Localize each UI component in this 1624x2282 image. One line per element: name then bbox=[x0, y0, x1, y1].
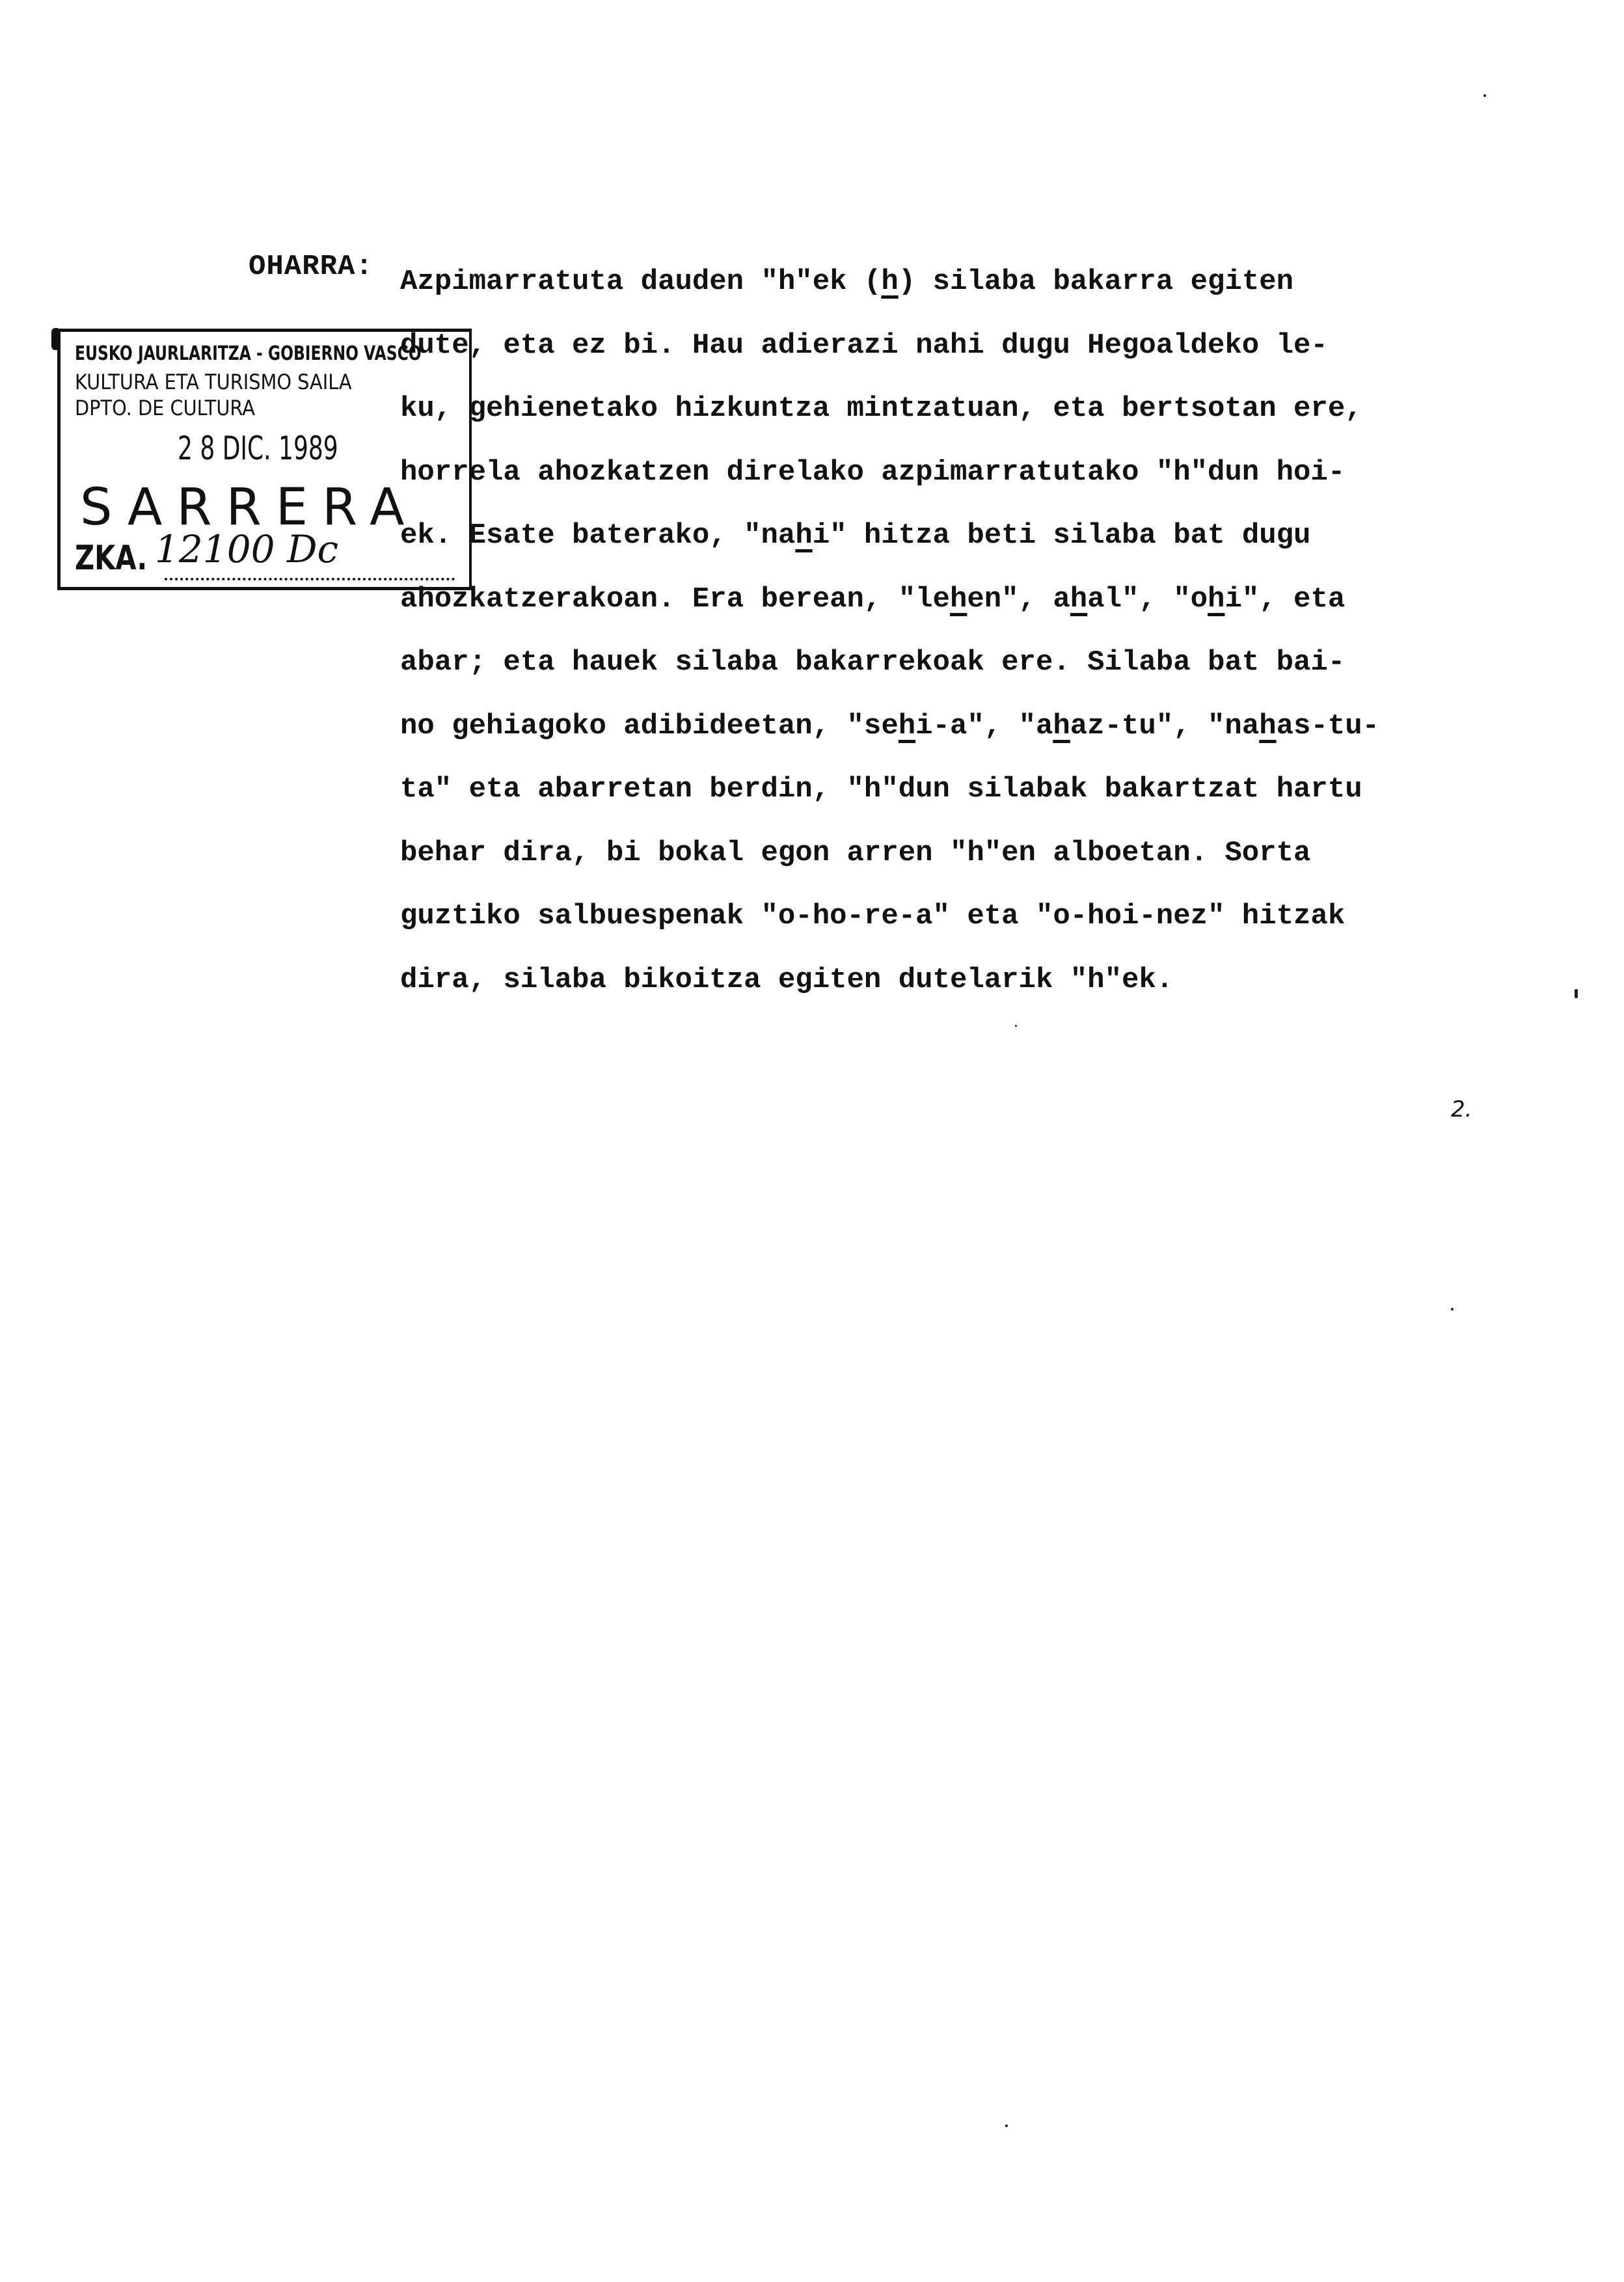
text-run: dute, eta ez bi. Hau adierazi nahi dugu … bbox=[400, 329, 1328, 362]
text-run: en", a bbox=[967, 583, 1070, 616]
page-number-mark: 2. bbox=[1451, 1096, 1472, 1122]
text-line: ta" eta abarretan berdin, "h"dun silabak… bbox=[400, 758, 1571, 822]
stamp-dotted-line bbox=[165, 578, 455, 580]
text-run: no gehiagoko adibideetan, "se bbox=[400, 710, 899, 742]
text-run: ku, gehienetako hizkuntza mintzatuan, et… bbox=[400, 392, 1362, 425]
scan-speck bbox=[1005, 2125, 1008, 2127]
text-line: horrela ahozkatzen direlako azpimarratut… bbox=[400, 441, 1571, 505]
text-run: i", eta bbox=[1225, 583, 1345, 616]
text-run: dira, silaba bikoitza egiten dutelarik "… bbox=[400, 964, 1173, 996]
stamp-date: 2 8 DIC. 1989 bbox=[178, 429, 338, 467]
underlined-h: h bbox=[1070, 583, 1087, 616]
text-run: i" hitza beti silaba bat dugu bbox=[813, 519, 1311, 552]
stamp-number-label: ZKA. bbox=[75, 539, 147, 578]
text-line: guztiko salbuespenak "o-ho-re-a" eta "o-… bbox=[400, 885, 1571, 949]
text-run: behar dira, bi bokal egon arren "h"en al… bbox=[400, 837, 1310, 869]
stamp-department-es: DPTO. DE CULTURA bbox=[75, 396, 255, 420]
text-run: az-tu", "na bbox=[1070, 710, 1259, 742]
text-line: Azpimarratuta dauden "h"ek (h) silaba ba… bbox=[400, 251, 1571, 314]
text-line: dute, eta ez bi. Hau adierazi nahi dugu … bbox=[400, 314, 1571, 378]
stamp-institution: EUSKO JAURLARITZA - GOBIERNO VASCO bbox=[75, 342, 422, 365]
scan-speck bbox=[1483, 94, 1486, 97]
text-line: no gehiagoko adibideetan, "sehi-a", "aha… bbox=[400, 695, 1571, 759]
underlined-h: h bbox=[795, 519, 812, 552]
text-line: dira, silaba bikoitza egiten dutelarik "… bbox=[400, 949, 1571, 1012]
text-run: as-tu- bbox=[1277, 710, 1379, 742]
note-body: Azpimarratuta dauden "h"ek (h) silaba ba… bbox=[400, 251, 1571, 1012]
text-run: Azpimarratuta dauden "h"ek ( bbox=[400, 265, 881, 298]
scan-speck bbox=[1575, 989, 1578, 998]
text-run: abar; eta hauek silaba bakarrekoak ere. … bbox=[400, 646, 1345, 679]
text-line: behar dira, bi bokal egon arren "h"en al… bbox=[400, 822, 1571, 886]
note-label: OHARRA: bbox=[249, 251, 373, 283]
scan-speck bbox=[1451, 1308, 1454, 1311]
underlined-h: h bbox=[1259, 710, 1276, 742]
underlined-h: h bbox=[1208, 583, 1225, 616]
text-line: ku, gehienetako hizkuntza mintzatuan, et… bbox=[400, 377, 1571, 441]
text-line: ek. Esate baterako, "nahi" hitza beti si… bbox=[400, 504, 1571, 568]
registry-stamp: EUSKO JAURLARITZA - GOBIERNO VASCO KULTU… bbox=[57, 329, 472, 590]
text-run: al", "o bbox=[1087, 583, 1208, 616]
scan-speck bbox=[1015, 1025, 1017, 1027]
text-run: ahozkatzerakoan. Era berean, "le bbox=[400, 583, 950, 616]
text-run: ta" eta abarretan berdin, "h"dun silabak… bbox=[400, 773, 1362, 806]
underlined-h: h bbox=[1053, 710, 1070, 742]
underlined-h: h bbox=[950, 583, 967, 616]
text-line: abar; eta hauek silaba bakarrekoak ere. … bbox=[400, 631, 1571, 695]
underlined-h: h bbox=[881, 265, 898, 298]
text-line: ahozkatzerakoan. Era berean, "lehen", ah… bbox=[400, 568, 1571, 632]
text-run: ) silaba bakarra egiten bbox=[899, 265, 1293, 298]
stamp-number-handwritten: 12100 Dc bbox=[155, 527, 338, 571]
stamp-corner-mark bbox=[51, 328, 58, 350]
underlined-h: h bbox=[899, 710, 915, 742]
text-run: horrela ahozkatzen direlako azpimarratut… bbox=[400, 456, 1345, 489]
text-run: i-a", "a bbox=[915, 710, 1053, 742]
stamp-department-eu: KULTURA ETA TURISMO SAILA bbox=[75, 370, 352, 394]
text-run: guztiko salbuespenak "o-ho-re-a" eta "o-… bbox=[400, 900, 1345, 932]
document-page: OHARRA: Azpimarratuta dauden "h"ek (h) s… bbox=[0, 0, 1624, 2282]
